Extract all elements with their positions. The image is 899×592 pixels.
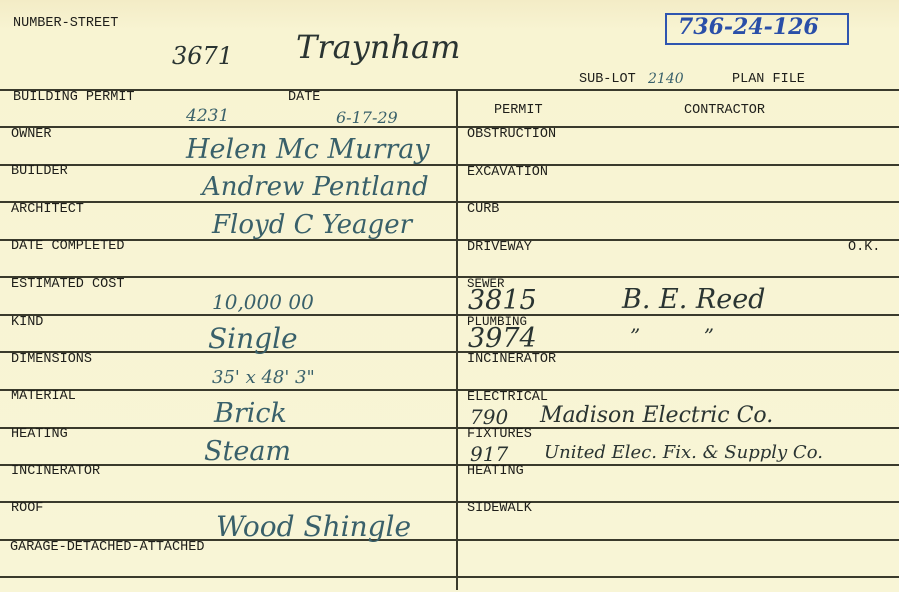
electrical-permit: 790	[470, 405, 508, 429]
fixtures-contractor: United Elec. Fix. & Supply Co.	[544, 442, 823, 463]
material-label: MATERIAL	[11, 389, 76, 404]
street-number: 3671	[172, 42, 233, 70]
heating-permit-label: HEATING	[467, 464, 524, 479]
rule-line	[0, 164, 899, 166]
kind-value: Single	[208, 322, 298, 355]
electrical-label: ELECTRICAL	[467, 390, 548, 405]
permit-header: PERMIT	[494, 103, 543, 118]
builder-label: BUILDER	[11, 164, 68, 179]
owner-value: Helen Mc Murray	[186, 134, 430, 165]
roof-label: ROOF	[11, 501, 43, 516]
heating-label: HEATING	[11, 427, 68, 442]
electrical-contractor: Madison Electric Co.	[540, 403, 773, 428]
plumbing-permit: 3974	[468, 323, 537, 354]
building-permit-value: 4231	[186, 106, 229, 126]
building-permit-label: BUILDING PERMIT	[13, 90, 135, 105]
owner-label: OWNER	[11, 127, 52, 142]
date-label: DATE	[288, 90, 320, 105]
obstruction-label: OBSTRUCTION	[467, 127, 556, 142]
roof-value: Wood Shingle	[216, 510, 411, 543]
rule-line	[0, 464, 899, 466]
rule-line	[0, 239, 899, 241]
incinerator-label: INCINERATOR	[11, 464, 100, 479]
rule-line	[0, 389, 899, 391]
rule-line	[0, 351, 899, 353]
rule-line	[0, 201, 899, 203]
architect-value: Floyd C Yeager	[212, 210, 412, 240]
architect-label: ARCHITECT	[11, 202, 84, 217]
rule-line	[0, 89, 899, 91]
estimated-cost-label: ESTIMATED COST	[11, 277, 124, 292]
sub-lot-label: SUB-LOT	[579, 72, 636, 87]
plan-file-label: PLAN FILE	[732, 72, 805, 87]
excavation-label: EXCAVATION	[467, 165, 548, 180]
date-value: 6-17-29	[336, 108, 398, 127]
driveway-label: DRIVEWAY	[467, 240, 532, 255]
file-number: 736-24-126	[678, 14, 819, 40]
dimensions-value: 35' x 48' 3"	[212, 367, 315, 388]
rule-line	[0, 501, 899, 503]
column-divider	[456, 90, 458, 590]
plumbing-contractor: ” ”	[630, 324, 714, 348]
garage-label: GARAGE-DETACHED-ATTACHED	[10, 540, 204, 555]
kind-label: KIND	[11, 315, 43, 330]
street-name: Traynham	[296, 28, 460, 66]
driveway-note: O.K.	[848, 240, 880, 255]
dimensions-label: DIMENSIONS	[11, 352, 92, 367]
contractor-header: CONTRACTOR	[684, 103, 765, 118]
date-completed-label: DATE COMPLETED	[11, 239, 124, 254]
fixtures-permit: 917	[470, 442, 508, 466]
sewer-permit: 3815	[468, 285, 537, 316]
sewer-contractor: B. E. Reed	[622, 284, 765, 315]
sidewalk-label: SIDEWALK	[467, 501, 532, 516]
fixtures-label: FIXTURES	[467, 427, 532, 442]
estimated-cost-value: 10,000 00	[212, 290, 314, 314]
rule-line	[0, 576, 899, 578]
sub-lot-value: 2140	[648, 71, 684, 87]
builder-value: Andrew Pentland	[202, 172, 429, 202]
material-value: Brick	[214, 398, 287, 429]
curb-label: CURB	[467, 202, 499, 217]
rule-line	[0, 276, 899, 278]
number-street-label: NUMBER-STREET	[13, 16, 118, 31]
rule-line	[0, 126, 899, 128]
heating-value: Steam	[204, 436, 291, 467]
permit-card: NUMBER-STREET 3671 Traynham 736-24-126 S…	[0, 0, 899, 592]
incinerator-permit-label: INCINERATOR	[467, 352, 556, 367]
